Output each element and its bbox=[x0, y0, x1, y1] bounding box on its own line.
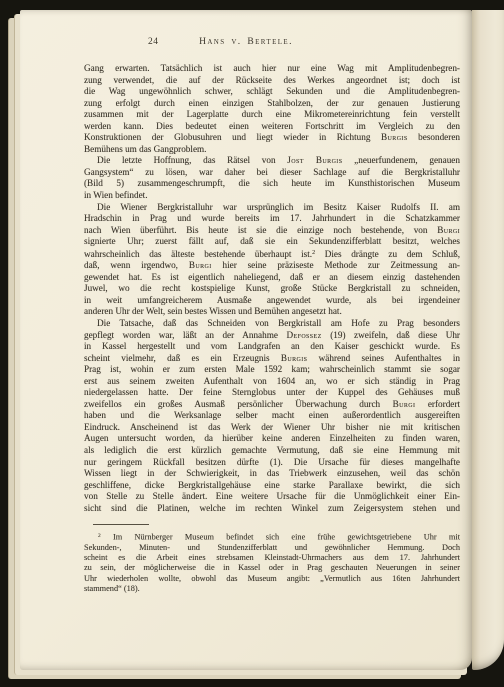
text-line: sicht sind die Platinen, welche im recht… bbox=[84, 503, 460, 515]
text-line: Die Tatsache, daß das Schneiden von Berg… bbox=[84, 318, 460, 330]
text-line: von Stelle zu Stelle ändert. Eine weiter… bbox=[84, 491, 460, 503]
body-text: Gang erwarten. Tatsächlich ist auch hier… bbox=[84, 63, 460, 514]
scanned-book-photo: 24 Hans v. Bertele. Gang erwarten. Tatsä… bbox=[0, 0, 504, 687]
running-header: Hans v. Bertele. bbox=[84, 36, 408, 49]
text-line: Wissen liegt in der Schwierigkeit, in da… bbox=[84, 468, 460, 480]
text-line: Bemühens um das Gangproblem. bbox=[84, 144, 460, 156]
text-line: haben und die Werksanlage selber macht e… bbox=[84, 410, 460, 422]
text-line: zusammen mit der Lagerplatte durch eine … bbox=[84, 109, 460, 121]
page-number: 24 bbox=[148, 36, 159, 49]
text-line: zung erfolgt durch einen einzigen Stahlb… bbox=[84, 98, 460, 110]
text-line: die Wag ungewöhnlich schwer, schlägt Sek… bbox=[84, 86, 460, 98]
page-header: 24 Hans v. Bertele. bbox=[84, 10, 460, 49]
text-line: Die Wiener Bergkristalluhr war ursprüngl… bbox=[84, 202, 460, 214]
text-line: (Bild 5) zusammengeschrumpft, die sich h… bbox=[84, 178, 460, 190]
paragraph: Die Wiener Bergkristalluhr war ursprüngl… bbox=[84, 202, 460, 318]
text-line: nur geringem Rückfall besitzen dürfte (1… bbox=[84, 457, 460, 469]
text-line: in Wien befindet. bbox=[84, 190, 460, 202]
paragraph: Die letzte Hoffnung, das Rätsel von Jost… bbox=[84, 155, 460, 201]
text-line: Gang erwarten. Tatsächlich ist auch hier… bbox=[84, 63, 460, 75]
text-line: 2 Im Nürnberger Museum befindet sich ein… bbox=[84, 531, 460, 543]
text-line: werden kann. Dies bedeutet einen weitere… bbox=[84, 121, 460, 133]
text-line: niedergelassen hatte. Der feine Sternglo… bbox=[84, 387, 460, 399]
text-line: Juwel, wo die recht kostspielige Kunst, … bbox=[84, 283, 460, 295]
facing-page-edge bbox=[472, 10, 504, 670]
text-line: daß, wenn irgendwo, Burgi hier seine prä… bbox=[84, 260, 460, 272]
text-line: als lediglich die erst kürzlich gemachte… bbox=[84, 445, 460, 457]
book-page: 24 Hans v. Bertele. Gang erwarten. Tatsä… bbox=[20, 10, 472, 670]
text-line: stammend“ (18). bbox=[84, 584, 460, 594]
text-line: Sekunden-, Minuten- und Stundenzifferbla… bbox=[84, 543, 460, 553]
text-line: Eindruck. Anscheinend ist das Werk der W… bbox=[84, 422, 460, 434]
text-line: wahrscheinlich das älteste bestehende üb… bbox=[84, 248, 460, 261]
footnote-text: 2 Im Nürnberger Museum befindet sich ein… bbox=[84, 531, 460, 594]
text-line: Augen untersucht worden, da hierüber kei… bbox=[84, 433, 460, 445]
text-line: zung verwendet, die auf der Rückseite de… bbox=[84, 75, 460, 87]
text-line: Gangsystem“ zu lösen, war daher bei dies… bbox=[84, 167, 460, 179]
text-line: in weit umfangreicherem Ausmaße angewend… bbox=[84, 295, 460, 307]
text-line: scheint es die Arbeit eines strebsamen K… bbox=[84, 553, 460, 563]
text-line: Konstruktionen der Globusuhren und liegt… bbox=[84, 132, 460, 144]
text-line: Hradschin in Prag und wurde bereits im 1… bbox=[84, 213, 460, 225]
text-line: Uhr wiederholen wollte, obwohl das Museu… bbox=[84, 574, 460, 584]
text-line: geschliffene, dicke Bergkristallgehäuse … bbox=[84, 480, 460, 492]
text-line: scheint vielmehr, daß es ein Erzeugnis B… bbox=[84, 353, 460, 365]
text-line: erst aus seinem zweiten Aufenthalt von 1… bbox=[84, 376, 460, 388]
text-line: in Kassel hergestellt und vom Landgrafen… bbox=[84, 341, 460, 353]
text-line: zweifellos ein großes Ausmaß persönliche… bbox=[84, 399, 460, 411]
paragraph: Die Tatsache, daß das Schneiden von Berg… bbox=[84, 318, 460, 514]
text-line: gepflegt worden war, läßt an der Annahme… bbox=[84, 330, 460, 342]
text-line: Die letzte Hoffnung, das Rätsel von Jost… bbox=[84, 155, 460, 167]
text-line: nach Wien überführt. Bis heute ist sie d… bbox=[84, 225, 460, 237]
text-line: signierte Uhr; zuerst fällt auf, daß sie… bbox=[84, 236, 460, 248]
text-line: gewendet hat. Es ist eigentlich nahelieg… bbox=[84, 272, 460, 284]
text-line: Prag ist, wohin er zum ersten Male 1592 … bbox=[84, 364, 460, 376]
paragraph: Gang erwarten. Tatsächlich ist auch hier… bbox=[84, 63, 460, 155]
text-line: anderen Uhr der Welt, sein bestes Wissen… bbox=[84, 306, 460, 318]
text-line: zu sein, der möglicherweise die in Kasse… bbox=[84, 563, 460, 573]
footnote-rule bbox=[93, 524, 149, 525]
page-content: 24 Hans v. Bertele. Gang erwarten. Tatsä… bbox=[20, 10, 472, 594]
